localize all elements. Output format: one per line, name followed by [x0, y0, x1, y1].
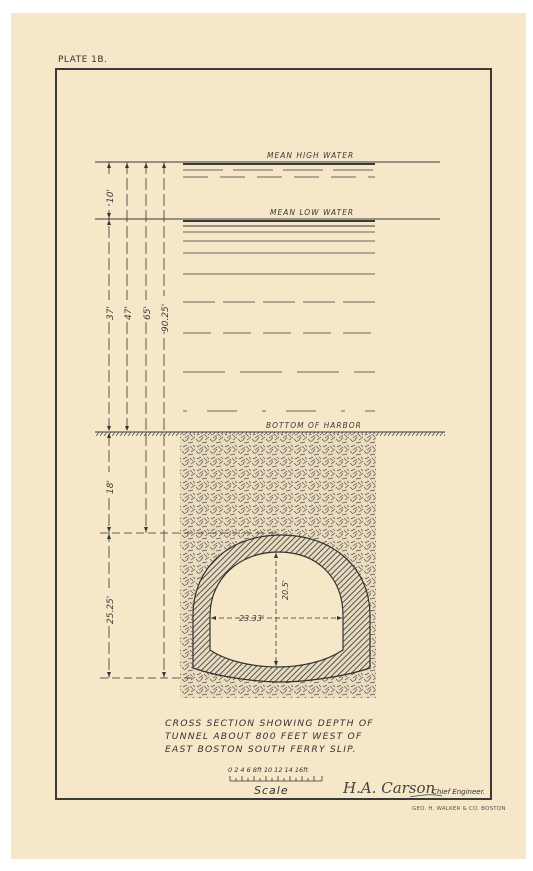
dim-90-25ft: 90.25': [161, 304, 171, 332]
tunnel-width-label: 23.33': [239, 614, 264, 623]
dim-47ft: 47': [124, 306, 134, 320]
mean-high-water-label: MEAN HIGH WATER: [267, 151, 354, 160]
dim-65ft: 65': [143, 306, 153, 320]
scale-ticks-label: 0 2 4 6 8ft 10 12 14 16ft: [228, 766, 308, 774]
printer-credit: GEO. H. WALKER & CO. BOSTON: [412, 806, 506, 812]
mean-high-water-line: [95, 162, 440, 177]
caption-line-3: EAST BOSTON SOUTH FERRY SLIP.: [165, 743, 405, 756]
tunnel-height-label: 20.5': [281, 580, 290, 600]
scale-bar: [230, 776, 322, 781]
chief-engineer-label: Chief Engineer.: [432, 788, 485, 796]
dim-18ft: 18': [106, 480, 116, 494]
scale-label: Scale: [254, 784, 289, 797]
signature: H.A. Carson: [343, 779, 435, 797]
caption-line-1: CROSS SECTION SHOWING DEPTH OF: [165, 717, 405, 730]
caption: CROSS SECTION SHOWING DEPTH OF TUNNEL AB…: [165, 717, 405, 756]
caption-line-2: TUNNEL ABOUT 800 FEET WEST OF: [165, 730, 405, 743]
bottom-of-harbor-label: BOTTOM OF HARBOR: [266, 421, 362, 430]
mean-low-water-label: MEAN LOW WATER: [270, 208, 354, 217]
tunnel-section: [193, 535, 370, 682]
dim-37ft: 37': [106, 306, 116, 320]
dim-10ft: 10': [106, 189, 116, 203]
dim-25-25ft: 25.25': [106, 596, 116, 624]
